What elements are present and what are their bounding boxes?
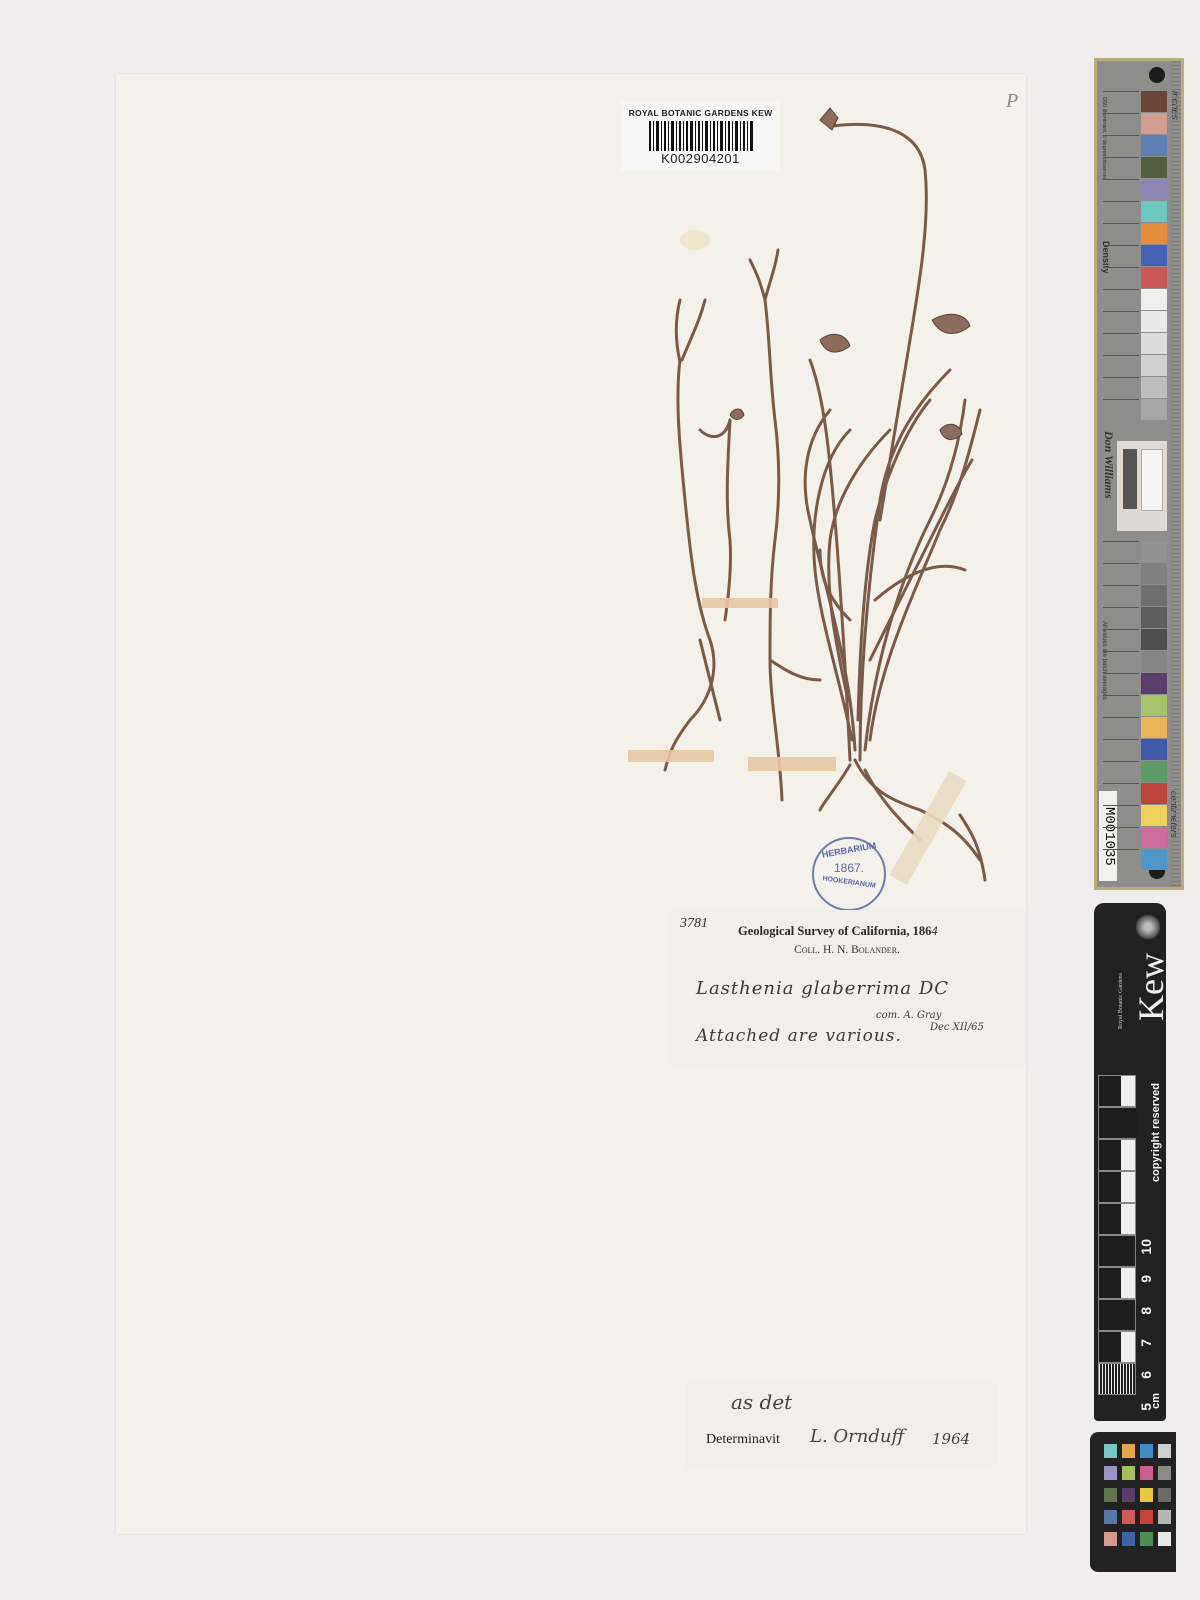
patch-values [1103,377,1139,399]
patch-values [1103,223,1139,245]
patch-values [1103,673,1139,695]
det-note: as det [731,1390,792,1414]
stamp-year: 1867. [814,861,884,875]
patch-values [1103,333,1139,355]
patch-values [1103,541,1139,563]
patch-values [1103,355,1139,377]
unit-label: cm [1150,1393,1162,1409]
handwritten-taxon: Lasthenia glaberrima DC [696,978,949,999]
determination-label: as det Determinavit L. Ornduff 1964 [686,1382,998,1470]
scale-blocks [1098,1075,1136,1395]
color-patch [1141,541,1167,562]
patch-values [1103,739,1139,761]
patch-values [1103,201,1139,223]
survey-year-suffix: 4 [931,924,937,938]
patch-values [1103,805,1139,827]
color-patch [1141,289,1167,310]
kew-crest-icon [1136,913,1160,941]
scale-num: 6 [1138,1371,1154,1379]
color-patch [1141,783,1167,804]
patch-values [1103,399,1139,421]
color-patch [1141,333,1167,354]
color-patch [1141,135,1167,156]
color-patch [1141,673,1167,694]
herbarium-stamp: HERBARIUM 1867. HOOKERIANUM [812,837,886,911]
patch-values [1103,761,1139,783]
collection-number: 3781 [680,916,708,932]
handwritten-comm: com. A. Gray [876,1010,941,1021]
patch-values [1103,289,1139,311]
color-patch [1141,607,1167,628]
color-checker [1090,1432,1176,1572]
patch-values [1103,113,1139,135]
scale-num: 10 [1138,1239,1154,1255]
color-patch [1141,717,1167,738]
color-swatch [1140,1532,1153,1546]
scale-num: 8 [1138,1307,1154,1315]
color-swatch [1140,1488,1153,1502]
patch-values [1103,651,1139,673]
color-patch [1141,849,1167,870]
color-swatch [1122,1444,1135,1458]
gray-swatch [1158,1532,1171,1546]
survey-title: Geological Survey of California, 1864 [738,924,938,939]
color-swatch [1122,1510,1135,1524]
color-patch [1141,761,1167,782]
color-patch [1141,585,1167,606]
color-patch [1141,739,1167,760]
color-patch [1141,91,1167,112]
color-patch [1141,651,1167,672]
patch-values [1103,91,1139,113]
color-swatch [1104,1510,1117,1524]
stamp-bottom-text: HOOKERIANUM [814,874,884,891]
patch-values [1103,717,1139,739]
kew-scale-bar: Kew Royal Botanic Gardens 0 1 2 3 4 5 6 … [1094,903,1166,1421]
gray-swatch [1158,1510,1171,1524]
patch-values [1103,245,1139,267]
mounting-tape [748,757,836,771]
kew-subtitle: Royal Botanic Gardens [1118,973,1124,1029]
patch-values [1103,629,1139,651]
patch-values [1103,783,1139,805]
copyright-text: copyright reserved [1150,1083,1162,1182]
color-swatch [1140,1466,1153,1480]
color-patch [1141,201,1167,222]
gray-swatch [1158,1488,1171,1502]
color-swatch [1140,1510,1153,1524]
patch-values [1103,179,1139,201]
color-swatch [1104,1444,1117,1458]
color-patch [1141,563,1167,584]
color-patch [1141,355,1167,376]
handwritten-note: Attached are various. [696,1026,902,1046]
patch-values [1103,695,1139,717]
color-swatch [1104,1532,1117,1546]
color-patch [1141,377,1167,398]
det-name: L. Ornduff [810,1426,904,1447]
mounting-tape [628,750,714,762]
color-patch [1141,805,1167,826]
patch-values [1103,827,1139,849]
scale-num: 9 [1138,1275,1154,1283]
color-swatch [1104,1466,1117,1480]
color-swatch [1122,1466,1135,1480]
color-patch [1141,695,1167,716]
kew-logo: Kew [1130,953,1172,1021]
patch-values [1103,157,1139,179]
gray-swatch [1158,1444,1171,1458]
patch-values [1103,311,1139,333]
color-patch [1141,399,1167,420]
scale-num: 7 [1138,1339,1154,1347]
color-ruler: inches centimeters D50 illuminant, 2 deg… [1094,58,1184,890]
patch-values [1103,607,1139,629]
color-swatch [1122,1532,1135,1546]
color-patch [1141,223,1167,244]
color-swatch [1122,1488,1135,1502]
color-swatch [1140,1444,1153,1458]
color-patch [1141,827,1167,848]
det-label: Determinavit [706,1432,780,1448]
color-patch [1141,267,1167,288]
color-patch [1141,311,1167,332]
color-patch [1141,113,1167,134]
patch-values [1103,563,1139,585]
det-year: 1964 [932,1430,970,1448]
patch-values [1103,267,1139,289]
mounting-tape [702,598,778,608]
patch-values [1103,585,1139,607]
ruler-target [1117,441,1167,531]
color-patch [1141,629,1167,650]
gray-swatch [1158,1466,1171,1480]
ruler-ticks [1171,61,1181,887]
handwritten-date: Dec XII/65 [930,1022,984,1033]
collection-label: 3781 Geological Survey of California, 18… [668,910,1026,1066]
color-swatch [1104,1488,1117,1502]
color-patch [1141,245,1167,266]
patch-values [1103,135,1139,157]
ruler-brand: Don Williams [1101,431,1116,499]
patch-values [1103,849,1139,871]
color-patch [1141,179,1167,200]
ruler-hole [1149,67,1165,83]
collector: Coll. H. N. Bolander. [668,944,1026,956]
color-patch [1141,157,1167,178]
